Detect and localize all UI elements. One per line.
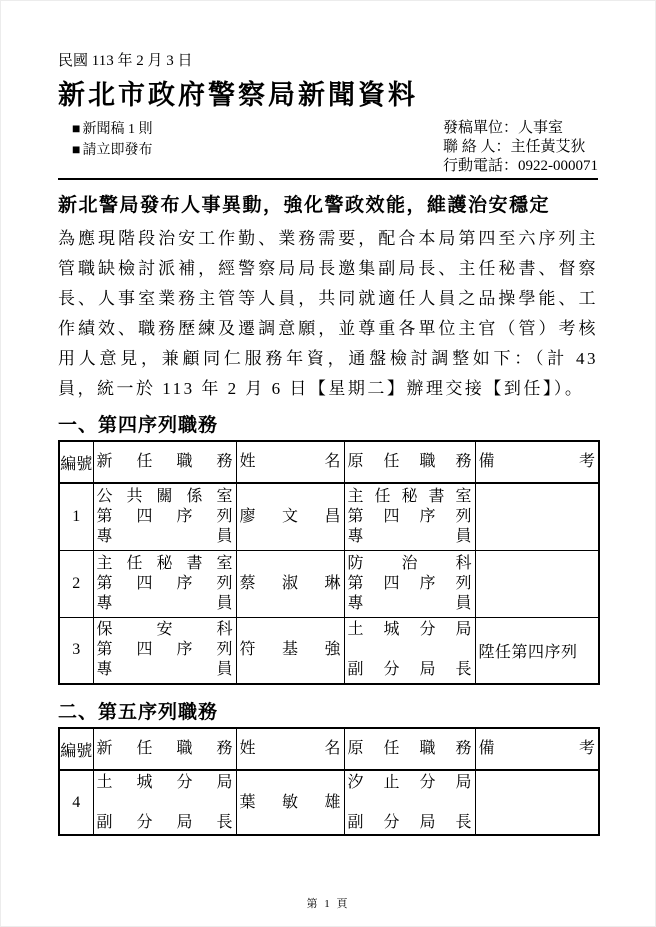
person-name-cell: 葉敏雄	[236, 770, 344, 835]
header-old-position: 原任職務	[344, 728, 475, 770]
old-position-cell: 土城分局 副分局長	[344, 617, 475, 684]
table-header-row: 編號 新任職務 姓名 原任職務 備考	[59, 441, 599, 483]
row-number: 4	[59, 770, 93, 835]
header-remark: 備考	[475, 728, 599, 770]
row-number: 2	[59, 550, 93, 617]
remark-cell: 陞任第四序列	[475, 617, 599, 684]
header-name: 姓名	[236, 728, 344, 770]
meta-row: ■ 新聞稿 1 則 ■ 請立即發布 發稿單位：人事室 聯 絡 人：主任黃艾狄 行…	[58, 119, 598, 176]
headline: 新北警局發布人事異動，強化警政效能，維護治安穩定	[58, 192, 598, 220]
row-number: 1	[59, 483, 93, 550]
row-number: 3	[59, 617, 93, 684]
section-title-sequence5: 二、第五序列職務	[58, 701, 598, 725]
release-flags: ■ 新聞稿 1 則 ■ 請立即發布	[72, 119, 152, 176]
header-number: 編號	[59, 441, 93, 483]
old-position-cell: 防治科 第四序列 專員	[344, 550, 475, 617]
header-remark: 備考	[475, 441, 599, 483]
remark-cell	[475, 770, 599, 835]
header-old-position: 原任職務	[344, 441, 475, 483]
mobile-phone-line: 行動電話：0922-000071	[443, 157, 598, 176]
new-position-cell: 主任秘書室 第四序列 專員	[93, 550, 236, 617]
new-position-cell: 土城分局 副分局長	[93, 770, 236, 835]
new-position-cell: 保安科 第四序列 專員	[93, 617, 236, 684]
filled-square-icon: ■	[72, 119, 80, 140]
table-row: 4 土城分局 副分局長 葉敏雄 汐止分局 副分局長	[59, 770, 599, 835]
remark-cell	[475, 550, 599, 617]
old-position-cell: 主任秘書室 第四序列 專員	[344, 483, 475, 550]
filled-square-icon: ■	[72, 140, 80, 161]
body-paragraph: 為應現階段治安工作勤、業務需要，配合本局第四至六序列主管職缺檢討派補，經警察局局…	[58, 224, 598, 404]
page-number: 第 1 頁	[1, 895, 655, 911]
release-flag-label: 請立即發布	[82, 140, 152, 161]
press-release-page: 民國 113 年 2 月 3 日 新北市政府警察局新聞資料 ■ 新聞稿 1 則 …	[0, 0, 656, 927]
header-name: 姓名	[236, 441, 344, 483]
header-divider	[58, 178, 598, 180]
person-name-cell: 蔡淑琳	[236, 550, 344, 617]
table-row: 3 保安科 第四序列 專員 符基強 土城分局 副分局長	[59, 617, 599, 684]
new-position-cell: 公共關係室 第四序列 專員	[93, 483, 236, 550]
header-new-position: 新任職務	[93, 728, 236, 770]
table-sequence-5: 編號 新任職務 姓名 原任職務 備考 4 土城分局 副分局長 葉敏雄	[58, 727, 600, 836]
table-row: 1 公共關係室 第四序列 專員 廖文昌 主任秘書室 第四序列 專員	[59, 483, 599, 550]
section-title-sequence4: 一、第四序列職務	[58, 414, 598, 438]
person-name-cell: 符基強	[236, 617, 344, 684]
release-flag-item: ■ 請立即發布	[72, 140, 152, 161]
issuing-unit-line: 發稿單位：人事室	[443, 119, 598, 138]
release-flag-item: ■ 新聞稿 1 則	[72, 119, 152, 140]
person-name-cell: 廖文昌	[236, 483, 344, 550]
header-new-position: 新任職務	[93, 441, 236, 483]
contact-block: 發稿單位：人事室 聯 絡 人：主任黃艾狄 行動電話：0922-000071	[443, 119, 598, 176]
header-number: 編號	[59, 728, 93, 770]
contact-person-line: 聯 絡 人：主任黃艾狄	[443, 138, 598, 157]
table-row: 2 主任秘書室 第四序列 專員 蔡淑琳 防治科 第四序列 專員	[59, 550, 599, 617]
release-flag-label: 新聞稿 1 則	[82, 119, 152, 140]
table-header-row: 編號 新任職務 姓名 原任職務 備考	[59, 728, 599, 770]
page-title: 新北市政府警察局新聞資料	[58, 77, 598, 113]
document-date: 民國 113 年 2 月 3 日	[58, 51, 598, 71]
remark-cell	[475, 483, 599, 550]
old-position-cell: 汐止分局 副分局長	[344, 770, 475, 835]
table-sequence-4: 編號 新任職務 姓名 原任職務 備考 1 公共關係室 第四序列 專員 廖文昌	[58, 440, 600, 685]
